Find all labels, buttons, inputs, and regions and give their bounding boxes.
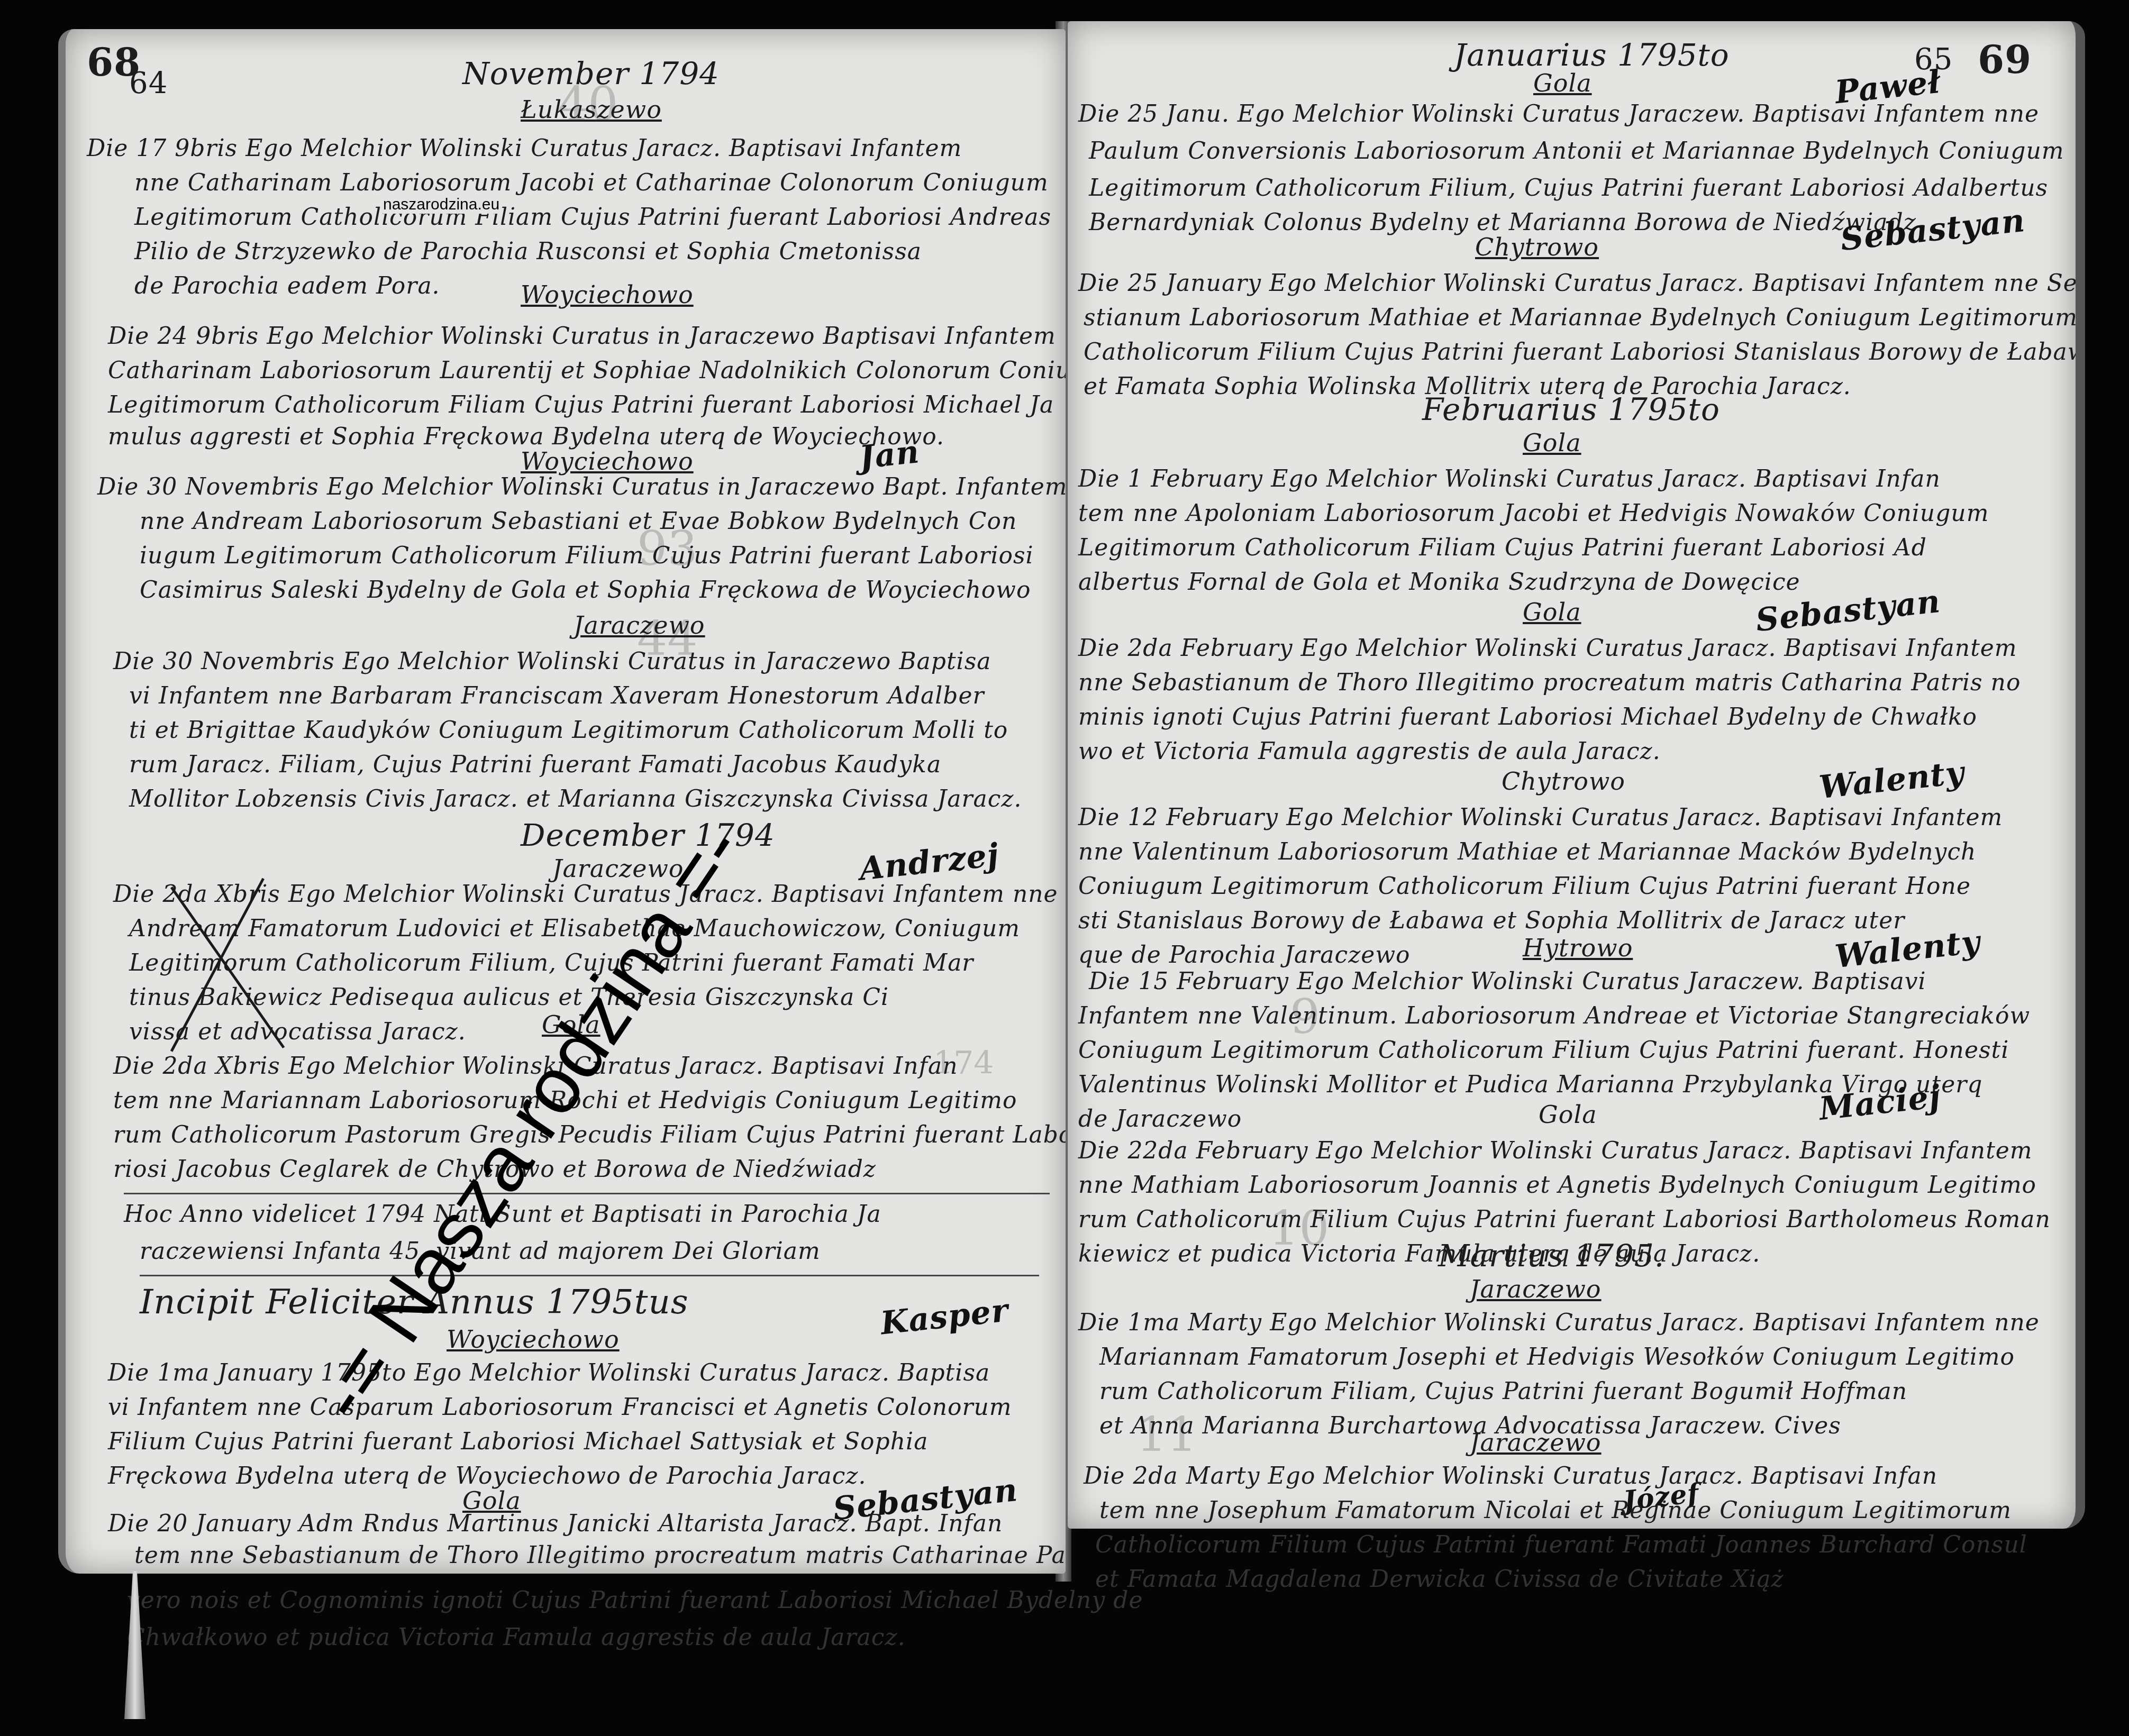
- entry-line: Chwałkowo et pudica Victoria Famula aggr…: [127, 1624, 906, 1651]
- entry-line: stianum Laboriosorum Mathiae et Marianna…: [1084, 304, 2078, 331]
- entry-line: iugum Legitimorum Catholicorum Filium Cu…: [140, 542, 1034, 569]
- month-heading: Martius 1795.: [1438, 1238, 1664, 1274]
- entry-place: Jaraczewo: [574, 611, 705, 639]
- entry-place: Gola: [1533, 69, 1592, 97]
- entry-line: Paulum Conversionis Laboriosorum Antonii…: [1089, 138, 2064, 165]
- page-number-ink: 69: [1978, 37, 2032, 82]
- entry-line: Legitimorum Catholicorum Filiam Cujus Pa…: [1078, 534, 1927, 561]
- entry-line: Legitimorum Catholicorum Filium, Cujus P…: [1089, 175, 2048, 202]
- divider-rule: [124, 1193, 1050, 1194]
- entry-line: sti Stanislaus Borowy de Łabawa et Sophi…: [1078, 907, 1905, 934]
- entry-line: de Jaraczewo: [1078, 1105, 1242, 1132]
- entry-line: rum Catholicorum Filiam, Cujus Patrini f…: [1099, 1378, 1907, 1405]
- entry-line: Casimirus Saleski Bydelny de Gola et Sop…: [140, 577, 1031, 604]
- entry-line: minis ignoti Cujus Patrini fuerant Labor…: [1078, 703, 1977, 730]
- entry-line: Coniugum Legitimorum Catholicorum Filium…: [1078, 873, 1971, 900]
- entry-line: Catharinam Laboriosorum Laurentij et Sop…: [108, 357, 1066, 384]
- month-heading: November 1794: [462, 56, 720, 92]
- entry-line: vi Infantem nne Casparum Laboriosorum Fr…: [108, 1394, 1012, 1421]
- entry-line: Die 30 Novembris Ego Melchior Wolinski C…: [97, 473, 1066, 500]
- entry-line: Fręckowa Bydelna uterq de Woyciechowo de…: [108, 1463, 866, 1490]
- divider-rule: [140, 1275, 1039, 1276]
- entry-line: que de Parochia Jaraczewo: [1078, 942, 1411, 968]
- entry-line: Mariannam Famatorum Josephi et Hedvigis …: [1099, 1344, 2015, 1370]
- right-page: 65 69 9 10 11 Januarius 1795to Gola Pawe…: [1068, 21, 2085, 1529]
- entry-line: Die 22da February Ego Melchior Wolinski …: [1078, 1137, 2033, 1164]
- entry-line: Legitimorum Catholicorum Filium, Cujus P…: [129, 949, 973, 976]
- entry-place: Gola: [1539, 1100, 1597, 1129]
- entry-line: Die 25 January Ego Melchior Wolinski Cur…: [1078, 270, 2085, 297]
- entry-line: tem nne Josephum Famatorum Nicolai et Re…: [1099, 1497, 2012, 1524]
- entry-line: Die 15 February Ego Melchior Wolinski Cu…: [1089, 968, 1926, 995]
- entry-line: Catholicorum Filium Cujus Patrini fueran…: [1095, 1531, 2027, 1558]
- entry-line: tem nne Apoloniam Laboriosorum Jacobi et…: [1078, 500, 1989, 527]
- entry-line: Die 1ma Marty Ego Melchior Wolinski Cura…: [1078, 1309, 2040, 1336]
- entry-line: Infantem nne Valentinum. Laboriosorum An…: [1078, 1002, 2030, 1029]
- entry-line: rum Jaracz. Filiam, Cujus Patrini fueran…: [129, 751, 941, 778]
- entry-line: nne Valentinum Laboriosorum Mathiae et M…: [1078, 838, 1976, 865]
- entry-place: Gola: [1523, 428, 1581, 457]
- page-number-old: 64: [129, 66, 168, 100]
- entry-line: Andream Famatorum Ludovici et Elisabetha…: [129, 915, 1020, 942]
- entry-place: Woyciechowo: [521, 280, 694, 309]
- book-scan: 68 64 40 93 44 174 November 1794 Łukasze…: [0, 0, 2129, 1736]
- month-heading: Februarius 1795to: [1422, 391, 1720, 427]
- entry-line: Die 1ma January 1795to Ego Melchior Woli…: [108, 1359, 990, 1386]
- entry-line: Die 12 February Ego Melchior Wolinski Cu…: [1078, 804, 2003, 831]
- left-page: 68 64 40 93 44 174 November 1794 Łukasze…: [58, 29, 1066, 1574]
- entry-line: rum Catholicorum Filium Cujus Patrini fu…: [1078, 1206, 2051, 1233]
- margin-name: Jan: [858, 433, 922, 477]
- margin-name: Kasper: [879, 1292, 1011, 1342]
- entry-line: Die 2da Marty Ego Melchior Wolinski Cura…: [1084, 1463, 1937, 1490]
- entry-place: Jaraczewo: [1470, 1275, 1602, 1303]
- entry-place: Jaraczewo: [1470, 1428, 1602, 1457]
- entry-line: vi Infantem nne Barbaram Franciscam Xave…: [129, 682, 985, 709]
- entry-place: Chytrowo: [1502, 767, 1625, 796]
- entry-line: Die 1 February Ego Melchior Wolinski Cur…: [1078, 465, 1941, 492]
- entry-line: rum Catholicorum Pastorum Gregis Pecudis…: [113, 1121, 1066, 1148]
- entry-line: Die 30 Novembris Ego Melchior Wolinski C…: [113, 648, 991, 675]
- entry-line: albertus Fornal de Gola et Monika Szudrz…: [1078, 569, 1800, 596]
- entry-place: Woyciechowo: [521, 447, 694, 476]
- entry-line: nne Andream Laboriosorum Sebastiani et E…: [140, 508, 1017, 535]
- entry-line: et Famata Magdalena Derwicka Civissa de …: [1095, 1566, 1784, 1593]
- entry-place: Chytrowo: [1475, 233, 1599, 261]
- margin-name: Walenty: [1817, 754, 1966, 806]
- entry-line: Filium Cujus Patrini fuerant Laboriosi M…: [108, 1428, 928, 1455]
- entry-line: Legitimorum Catholicorum Filiam Cujus Pa…: [108, 391, 1054, 418]
- site-tag: naszarodzina.eu: [383, 196, 499, 214]
- entry-line: Die 24 9bris Ego Melchior Wolinski Curat…: [108, 323, 1066, 350]
- entry-place: Łukaszewo: [521, 95, 662, 124]
- entry-line: Pilio de Strzyzewko de Parochia Rusconsi…: [134, 238, 922, 265]
- entry-line: wo et Victoria Famula aggrestis de aula …: [1078, 738, 1661, 765]
- entry-line: de Parochia eadem Pora.: [134, 272, 440, 299]
- entry-place: Hytrowo: [1523, 934, 1633, 962]
- entry-place: Gola: [1523, 598, 1581, 626]
- entry-line: Legitimorum Catholicorum Filiam Cujus Pa…: [134, 204, 1051, 231]
- entry-line: vero nois et Cognominis ignoti Cujus Pat…: [127, 1587, 1143, 1614]
- entry-line: nne Catharinam Laboriosorum Jacobi et Ca…: [134, 169, 1049, 196]
- entry-line: Die 2da February Ego Melchior Wolinski C…: [1078, 635, 2017, 662]
- entry-line: Bernardyniak Colonus Bydelny et Marianna…: [1089, 209, 1916, 236]
- entry-line: ti et Brigittae Kaudyków Coniugum Legiti…: [129, 717, 1008, 744]
- entry-line: Mollitor Lobzensis Civis Jaracz. et Mari…: [129, 785, 1022, 812]
- entry-line: nne Mathiam Laboriosorum Joannis et Agne…: [1078, 1172, 2036, 1199]
- entry-line: mulus aggresti et Sophia Fręckowa Bydeln…: [108, 423, 944, 450]
- entry-line: Die 20 January Adm Rndus Martinus Janick…: [108, 1510, 1003, 1537]
- entry-line: Die 17 9bris Ego Melchior Wolinski Curat…: [87, 135, 962, 162]
- entry-line: nne Sebastianum de Thoro Illegitimo proc…: [1078, 669, 2021, 696]
- month-heading: Januarius 1795to: [1454, 37, 1730, 73]
- entry-place: Woyciechowo: [447, 1325, 620, 1354]
- entry-line: tem nne Sebastianum de Thoro Illegitimo …: [134, 1542, 1066, 1569]
- entry-line: Catholicorum Filium Cujus Patrini fueran…: [1084, 339, 2085, 366]
- entry-line: Die 25 Janu. Ego Melchior Wolinski Curat…: [1078, 100, 2039, 127]
- entry-line: Coniugum Legitimorum Catholicorum Filium…: [1078, 1037, 2009, 1064]
